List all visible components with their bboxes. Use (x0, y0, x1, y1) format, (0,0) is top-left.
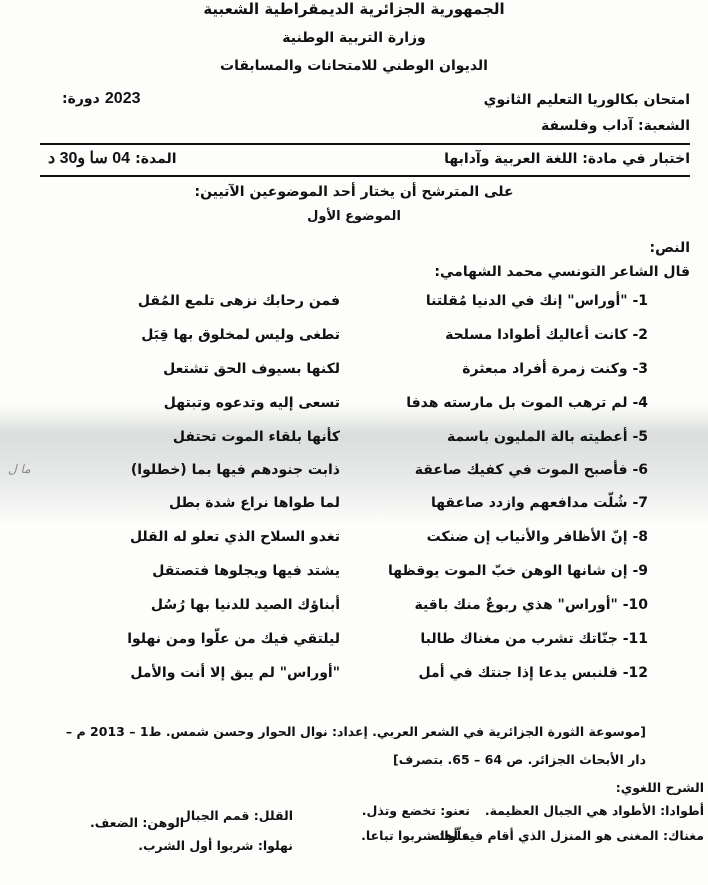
instructions-choose: على المترشح أن يختار أحد الموضوعين الآتي… (0, 184, 708, 200)
exam-page: الجمهورية الجزائرية الديمقراطية الشعبية … (0, 0, 708, 885)
verse-4-second: تسعى إليه وتدعوه وتبتهل (40, 395, 340, 411)
subject: اختبار في مادة: اللغة العربية وآدابها (444, 151, 690, 167)
pencil-note: ما ل (8, 462, 31, 476)
gloss-atwad: أطوادا: الأطواد هي الجبال العظيمة. (485, 803, 704, 818)
gloss-qulal: القلل: قمم الجبال. (175, 808, 293, 823)
verse-5-first: 5- أعطيته بالة المليون باسمة (358, 429, 648, 445)
session-year: 2023 (105, 90, 141, 107)
verse-1-second: فمن رحابك نزهى تلمع المُقل (40, 293, 340, 309)
branch: الشعبة: آداب وفلسفة (541, 118, 690, 134)
verse-12-first: 12- فلنبس يدعا إذا جنتك في أمل (358, 665, 648, 681)
verse-6-second: ذابت جنودهم فيها بما (خطلوا) (40, 462, 340, 478)
exam-name: امتحان بكالوريا التعليم الثانوي (484, 92, 690, 108)
session: 2023 دورة: (62, 88, 141, 108)
gloss-taanu: تعنو: تخضع وتذل. (362, 803, 470, 818)
glossary-label: الشرح اللغوي: (616, 780, 704, 795)
verse-12-second: "أوراس" لم يبق إلا أنت والأمل (40, 665, 340, 681)
divider-top (40, 143, 690, 145)
verse-10-second: أبناؤك الصيد للدنيا بها رُسُل (40, 597, 340, 613)
verse-9-second: يشتد فيها ويجلوها فتصتقل (40, 563, 340, 579)
office-title: الديوان الوطني للامتحانات والمسابقات (0, 58, 708, 74)
duration-label: المدة: (135, 151, 176, 167)
verse-11-second: ليلتقي فيك من علّوا ومن نهلوا (40, 631, 340, 647)
gloss-allu: علّوا: شربوا تباعا. (361, 828, 470, 843)
gloss-wahn: الوهن: الضعف. (90, 815, 184, 830)
divider-bottom (40, 175, 690, 177)
duration-value: 04 سا و30 د (48, 150, 130, 167)
verse-8-second: تغدو السلاح الذي تعلو له القلل (40, 529, 340, 545)
ministry-title: وزارة التربية الوطنية (0, 30, 708, 46)
text-label: النص: (650, 240, 690, 256)
verse-3-second: لكنها بسيوف الحق تشتعل (40, 361, 340, 377)
verse-11-first: 11- جنّاتك تشرب من مغناك طالبا (358, 631, 648, 647)
verse-3-first: 3- وكنت زمرة أفراد مبعثرة (358, 361, 648, 377)
topic-title: الموضوع الأول (0, 209, 708, 224)
verse-7-first: 7- شُلّت مدافعهم وازدد صاعقها (358, 495, 648, 511)
duration: المدة: 04 سا و30 د (48, 148, 177, 168)
verse-2-first: 2- كانت أعاليك أطوادا مسلحة (358, 327, 648, 343)
verse-7-second: لما طواها نراع شدة بطل (40, 495, 340, 511)
verse-9-first: 9- إن شانها الوهن خبّ الموت يوقظها (358, 563, 648, 579)
verse-5-second: كأنها بلقاء الموت تحتفل (40, 429, 340, 445)
gloss-nahalu: نهلوا: شربوا أول الشرب. (138, 838, 293, 853)
verse-10-first: 10- "أوراس" هذي ربوعٌ منك باقية (358, 597, 648, 613)
verse-2-second: تطغى وليس لمخلوق بها قِبَل (40, 327, 340, 343)
verse-4-first: 4- لم ترهب الموت بل مارسته هدفا (358, 395, 648, 411)
session-label: دورة: (62, 91, 100, 107)
verse-8-first: 8- إنّ الأظافر والأنياب إن ضنكت (358, 529, 648, 545)
source-line-2: دار الأبحاث الجزائر. ص 64 – 65. بتصرف] (393, 752, 646, 767)
source-line-1: [موسوعة الثورة الجزائرية في الشعر العربي… (66, 724, 646, 739)
republic-title: الجمهورية الجزائرية الديمقراطية الشعبية (0, 0, 708, 18)
verse-1-first: 1- "أوراس" إنك في الدنيا مُقلتنا (358, 293, 648, 309)
verse-6-first: 6- فأصبح الموت في كفيك صاعقة (358, 462, 648, 478)
poem-intro: قال الشاعر التونسي محمد الشهامي: (434, 264, 690, 280)
